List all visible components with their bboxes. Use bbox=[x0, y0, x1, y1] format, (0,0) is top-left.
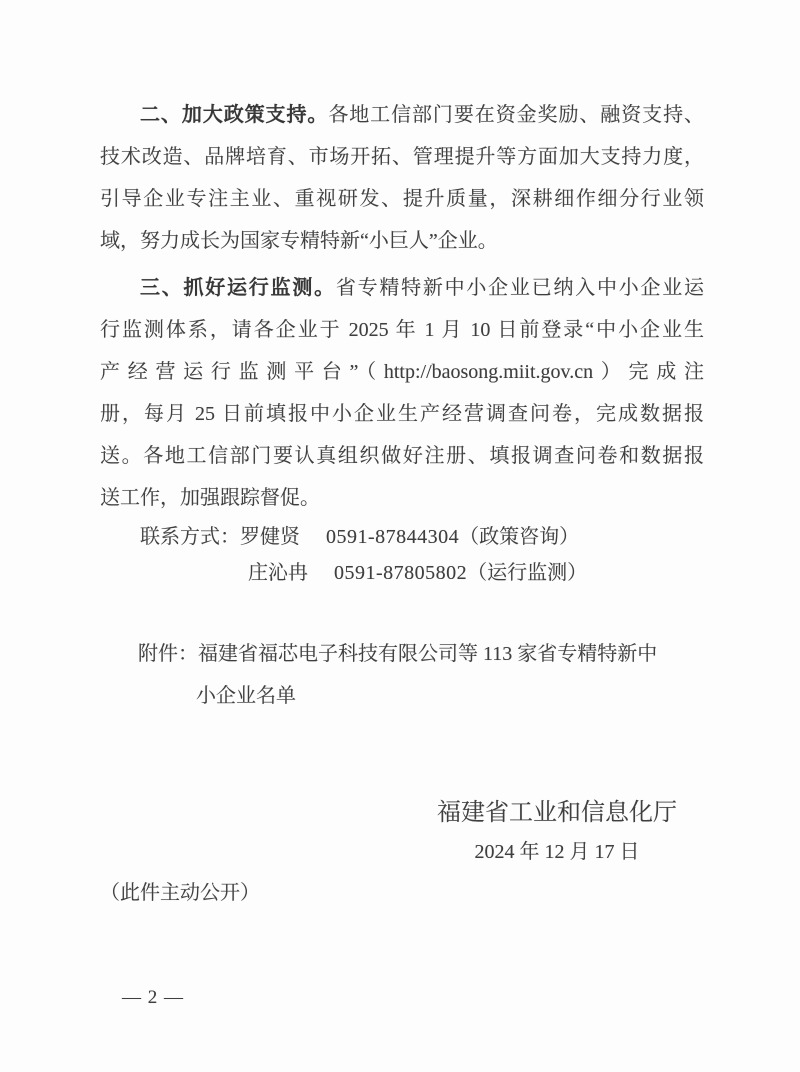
contact-label: 联系方式： bbox=[140, 526, 240, 548]
contact-info: 联系方式：罗健贤0591-87844304（政策咨询） 庄沁冉0591-8780… bbox=[100, 519, 704, 591]
signature-block: 福建省工业和信息化厅 2024 年 12 月 17 日 bbox=[430, 795, 684, 873]
page-number: — 2 — bbox=[122, 986, 184, 1010]
attachment-line-1: 附件：福建省福芯电子科技有限公司等 113 家省专精特新中 bbox=[100, 633, 704, 675]
document-page: 二、加大政策支持。各地工信部门要在资金奖励、融资支持、 技术改造、品牌培育、市场… bbox=[0, 0, 800, 1072]
section-3-line-1-text: 省专精特新中小企业已纳入中小企业运 bbox=[336, 277, 704, 299]
issue-date: 2024 年 12 月 17 日 bbox=[430, 831, 684, 873]
section-2-heading: 二、加大政策支持。 bbox=[140, 104, 328, 126]
issuer-name: 福建省工业和信息化厅 bbox=[430, 795, 684, 831]
contact-row-1: 联系方式：罗健贤0591-87844304（政策咨询） bbox=[100, 519, 704, 555]
disclosure-note: （此件主动公开） bbox=[100, 880, 260, 906]
attachment-line-2: 小企业名单 bbox=[100, 675, 704, 717]
section-3-paragraph: 三、抓好运行监测。省专精特新中小企业已纳入中小企业运 行监测体系，请各企业于 2… bbox=[100, 267, 704, 519]
contact-1-phone: 0591-87844304 bbox=[326, 526, 459, 548]
section-3-line-6: 送工作，加强跟踪督促。 bbox=[100, 477, 704, 519]
contact-2-phone: 0591-87805802 bbox=[334, 562, 467, 584]
section-2-paragraph: 二、加大政策支持。各地工信部门要在资金奖励、融资支持、 技术改造、品牌培育、市场… bbox=[100, 94, 704, 262]
section-3-line-2: 行监测体系，请各企业于 2025 年 1 月 10 日前登录“中小企业生 bbox=[100, 309, 704, 351]
section-2-line-3: 引导企业专注主业、重视研发、提升质量，深耕细作细分行业领 bbox=[100, 178, 704, 220]
contact-2-name: 庄沁冉 bbox=[248, 562, 308, 584]
section-2-line-1: 二、加大政策支持。各地工信部门要在资金奖励、融资支持、 bbox=[100, 94, 704, 136]
section-2-line-2: 技术改造、品牌培育、市场开拓、管理提升等方面加大支持力度， bbox=[100, 136, 704, 178]
section-2-line-4: 域，努力成长为国家专精特新“小巨人”企业。 bbox=[100, 220, 704, 262]
section-3-heading: 三、抓好运行监测。 bbox=[140, 277, 336, 299]
section-3-line-4: 册，每月 25 日前填报中小企业生产经营调查问卷，完成数据报 bbox=[100, 393, 704, 435]
attachment-note: 附件：福建省福芯电子科技有限公司等 113 家省专精特新中 小企业名单 bbox=[100, 633, 704, 717]
contact-1-note: （政策咨询） bbox=[459, 526, 579, 548]
contact-row-2: 庄沁冉0591-87805802（运行监测） bbox=[100, 555, 704, 591]
section-3-line-1: 三、抓好运行监测。省专精特新中小企业已纳入中小企业运 bbox=[100, 267, 704, 309]
section-3-line-3: 产经营运行监测平台”（http://baosong.miit.gov.cn）完成… bbox=[100, 351, 704, 393]
body-text: 二、加大政策支持。各地工信部门要在资金奖励、融资支持、 技术改造、品牌培育、市场… bbox=[100, 94, 704, 717]
contact-1-name: 罗健贤 bbox=[240, 526, 300, 548]
attachment-label: 附件： bbox=[138, 643, 198, 665]
section-3-line-5: 送。各地工信部门要认真组织做好注册、填报调查问卷和数据报 bbox=[100, 435, 704, 477]
contact-2-note: （运行监测） bbox=[467, 562, 587, 584]
section-2-line-1-text: 各地工信部门要在资金奖励、融资支持、 bbox=[328, 104, 704, 126]
attachment-title-part-1: 福建省福芯电子科技有限公司等 113 家省专精特新中 bbox=[198, 643, 657, 665]
